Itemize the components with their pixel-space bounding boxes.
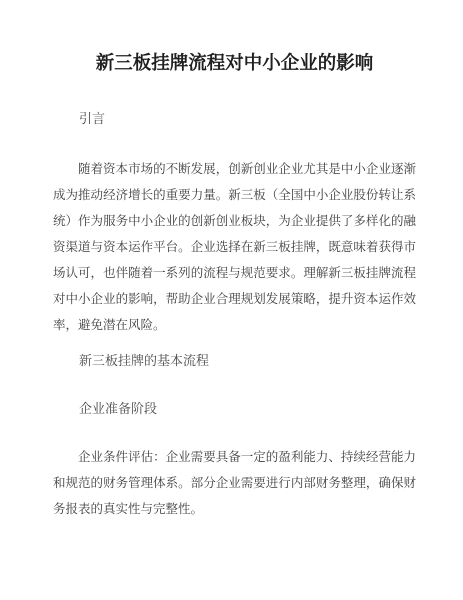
- document-page: 新三板挂牌流程对中小企业的影响 引言 随着资本市场的不断发展，创新创业企业尤其是…: [0, 0, 463, 600]
- document-title: 新三板挂牌流程对中小企业的影响: [53, 50, 416, 76]
- section-heading-preparation-stage: 企业准备阶段: [53, 396, 416, 422]
- introduction-paragraph: 随着资本市场的不断发展，创新创业企业尤其是中小企业逐渐成为推动经济增长的重要力量…: [53, 156, 416, 338]
- section-heading-introduction: 引言: [53, 106, 416, 132]
- section-heading-basic-process: 新三板挂牌的基本流程: [53, 348, 416, 374]
- condition-evaluation-paragraph: 企业条件评估：企业需要具备一定的盈利能力、持续经营能力和规范的财务管理体系。部分…: [53, 444, 416, 522]
